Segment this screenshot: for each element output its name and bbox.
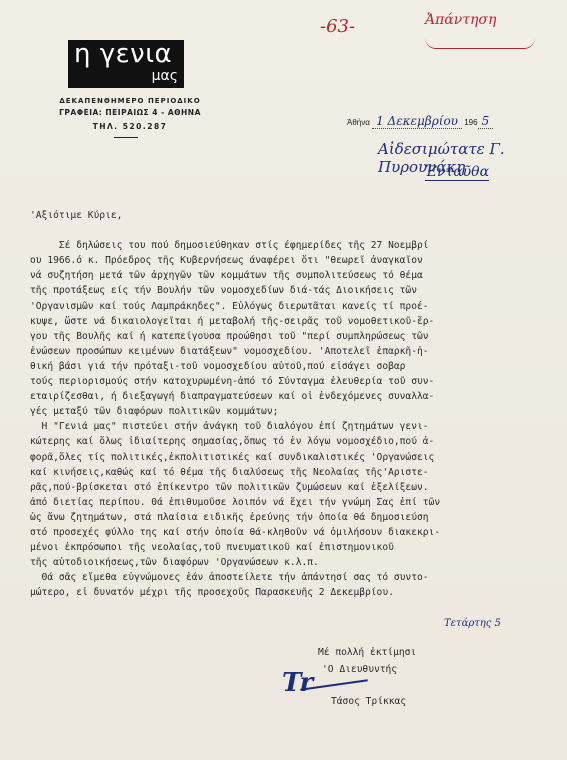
signature: Tr: [282, 668, 313, 698]
date-day-month: 1 Δεκεμβρίου: [372, 114, 462, 129]
letter-page: η γενια μας ΔΕΚΑΠΕΝΘΗΜΕΡΟ ΠΕΡΙΟΔΙΚΟ ΓΡΑΦ…: [0, 0, 567, 760]
red-annotation: Ἀπάντηση: [425, 12, 496, 28]
signatory-name: Τάσος Τρίκκας: [331, 696, 406, 707]
red-annotation-underline: [425, 38, 535, 49]
letterhead-line-address: ΓΡΑΦΕΙΑ: ΠΕΙΡΑΙΩΣ 4 - ΑΘΗΝΑ: [40, 108, 220, 117]
date-place: Ἀθήνα: [347, 118, 370, 127]
handwritten-correction: Τετάρτης 5: [444, 618, 501, 629]
letterhead-line-periodical: ΔΕΚΑΠΕΝΘΗΜΕΡΟ ΠΕΡΙΟΔΙΚΟ: [40, 97, 220, 105]
recipient-location: Ἐνταῦθα: [425, 164, 489, 181]
date-line: Ἀθήνα 1 Δεκεμβρίου 1965: [347, 114, 493, 128]
letterhead-line-phone: ΤΗΛ. 520.287: [40, 122, 220, 131]
masthead-logo: η γενια μας: [68, 40, 184, 88]
letterhead-rule: [114, 137, 138, 138]
date-year-prefix: 196: [464, 118, 477, 127]
folio-number: -63-: [320, 16, 355, 37]
masthead-title: η γενια: [74, 39, 172, 69]
closing-role: 'Ο Διευθυντής: [322, 664, 397, 675]
masthead-subtitle: μας: [152, 68, 178, 84]
closing-salutation: Μέ πολλή ἐκτίμησι: [318, 647, 416, 658]
letter-body: 'Αξιότιμε Κύριε, Σέ δηλώσεις του πού δημ…: [30, 208, 550, 600]
date-year-suffix: 5: [478, 114, 494, 129]
